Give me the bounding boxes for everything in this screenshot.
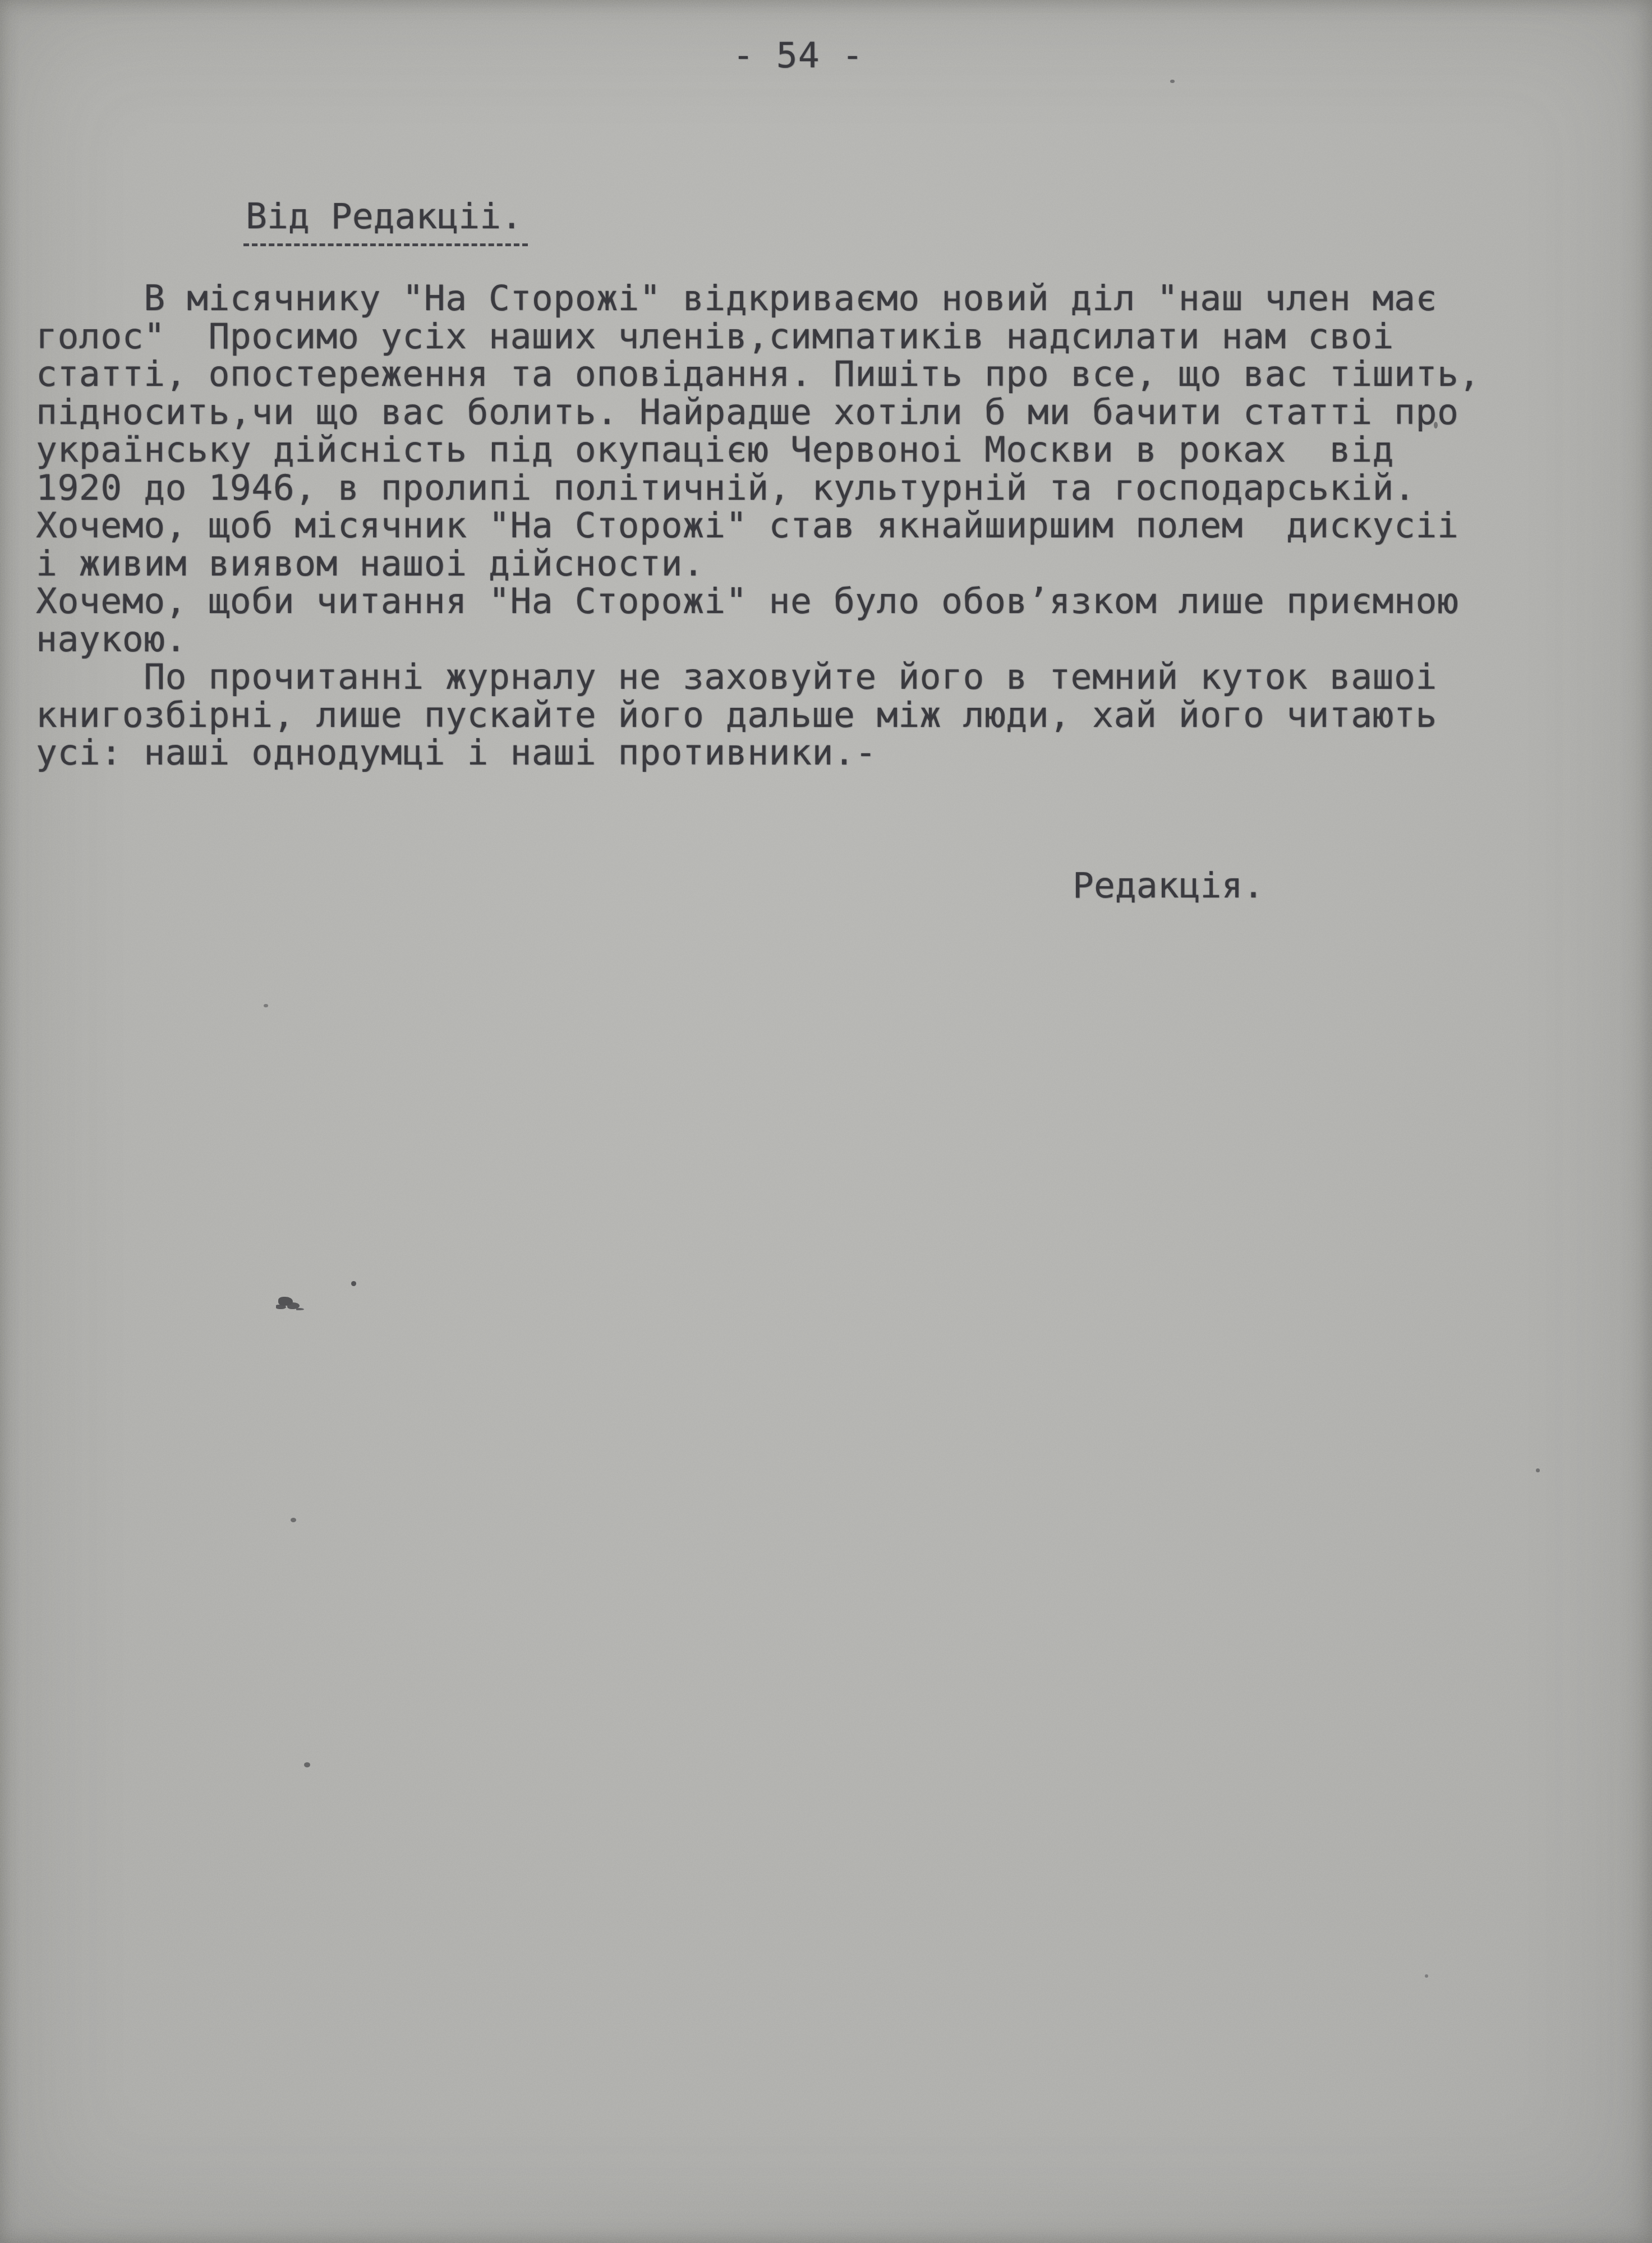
paper-speck xyxy=(1170,80,1175,83)
body-line: наукою. xyxy=(36,620,1480,658)
section-heading: Від Редакціі. xyxy=(243,196,528,246)
body-line: В місячнику "На Сторожі" відкриваємо нов… xyxy=(36,279,1480,317)
body-line: і живим виявом нашоі дійсности. xyxy=(36,545,1480,583)
paper-speck xyxy=(351,1281,356,1286)
body-line: Хочемо, щоб місячник "На Сторожі" став я… xyxy=(36,506,1480,545)
paper-speck xyxy=(291,1518,296,1522)
paper-speck xyxy=(304,1762,310,1767)
scanned-document-page: - 54 - Від Редакціі. В місячнику "На Сто… xyxy=(0,0,1652,2243)
body-line: статті, опостереження та оповідання. Пиш… xyxy=(36,355,1480,393)
signature: Редакція. xyxy=(1073,866,1264,905)
body-line: По прочитанні журналу не заховуйте його … xyxy=(36,658,1480,696)
body-line: 1920 до 1946, в пролипі політичній, куль… xyxy=(36,469,1480,507)
paper-speck xyxy=(1536,1468,1540,1472)
paper-speck xyxy=(1425,1974,1428,1978)
body-line: книгозбірні, лише пускайте його дальше м… xyxy=(36,696,1480,734)
page-number: - 54 - xyxy=(733,36,864,75)
body-line: Хочемо, щоби читання "На Сторожі" не бул… xyxy=(36,582,1480,620)
body-line: голос" Просимо усіх наших членів,симпати… xyxy=(36,317,1480,356)
body-line: підносить,чи що вас болить. Найрадше хот… xyxy=(36,393,1480,431)
paper-speck xyxy=(264,1004,268,1007)
body-line: українську дійсність під окупацією Черво… xyxy=(36,431,1480,469)
paper-speck xyxy=(278,1297,293,1306)
body-text: В місячнику "На Сторожі" відкриваємо нов… xyxy=(36,279,1480,772)
body-line: усі: наші однодумці і наші противники.- xyxy=(36,734,1480,772)
